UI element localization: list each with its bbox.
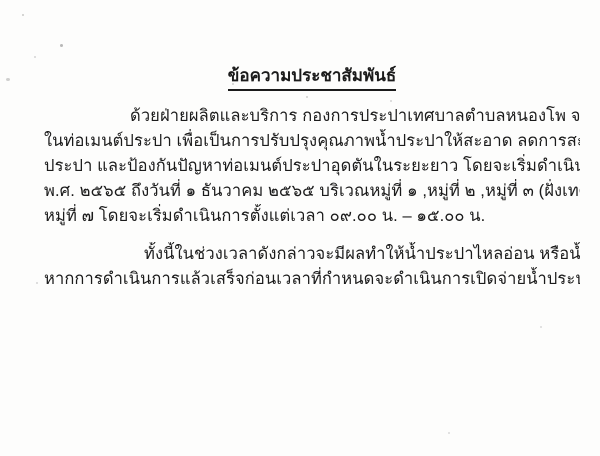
paragraph-line: ในท่อเมนต์ประปา เพื่อเป็นการปรับปรุงคุณภ… — [44, 129, 580, 154]
paragraph-line: หมู่ที่ ๗ โดยจะเริ่มดำเนินการตั้งแต่เวลา… — [44, 204, 580, 229]
paragraph-notice: ทั้งนี้ในช่วงเวลาดังกล่าวจะมีผลทำให้น้ำป… — [44, 242, 580, 292]
scan-speck — [448, 432, 450, 434]
paragraph-line: ประปา และป้องกันปัญหาท่อเมนต์ประปาอุดตัน… — [44, 154, 580, 179]
document-content: ข้อความประชาสัมพันธ์ ด้วยฝ่ายผลิตและบริก… — [44, 64, 580, 292]
document-title: ข้อความประชาสัมพันธ์ — [44, 64, 580, 91]
scan-speck — [34, 56, 36, 58]
paragraph-line: ด้วยฝ่ายผลิตและบริการ กองการประปาเทศบาลต… — [44, 104, 580, 129]
scan-speck — [60, 44, 63, 47]
paragraph-line: ทั้งนี้ในช่วงเวลาดังกล่าวจะมีผลทำให้น้ำป… — [44, 242, 580, 267]
scan-speck — [22, 14, 24, 16]
scan-speck — [540, 326, 542, 328]
paragraph-line: หากการดำเนินการแล้วเสร็จก่อนเวลาที่กำหนด… — [44, 267, 580, 292]
scan-speck — [6, 78, 10, 81]
scan-speck — [36, 282, 38, 284]
scanned-document-page: ข้อความประชาสัมพันธ์ ด้วยฝ่ายผลิตและบริก… — [0, 0, 600, 456]
paragraph-line: พ.ศ. ๒๕๖๕ ถึงวันที่ ๑ ธันวาคม ๒๕๖๕ บริเว… — [44, 179, 580, 204]
paragraph-announcement: ด้วยฝ่ายผลิตและบริการ กองการประปาเทศบาลต… — [44, 104, 580, 229]
document-title-text: ข้อความประชาสัมพันธ์ — [228, 64, 396, 91]
